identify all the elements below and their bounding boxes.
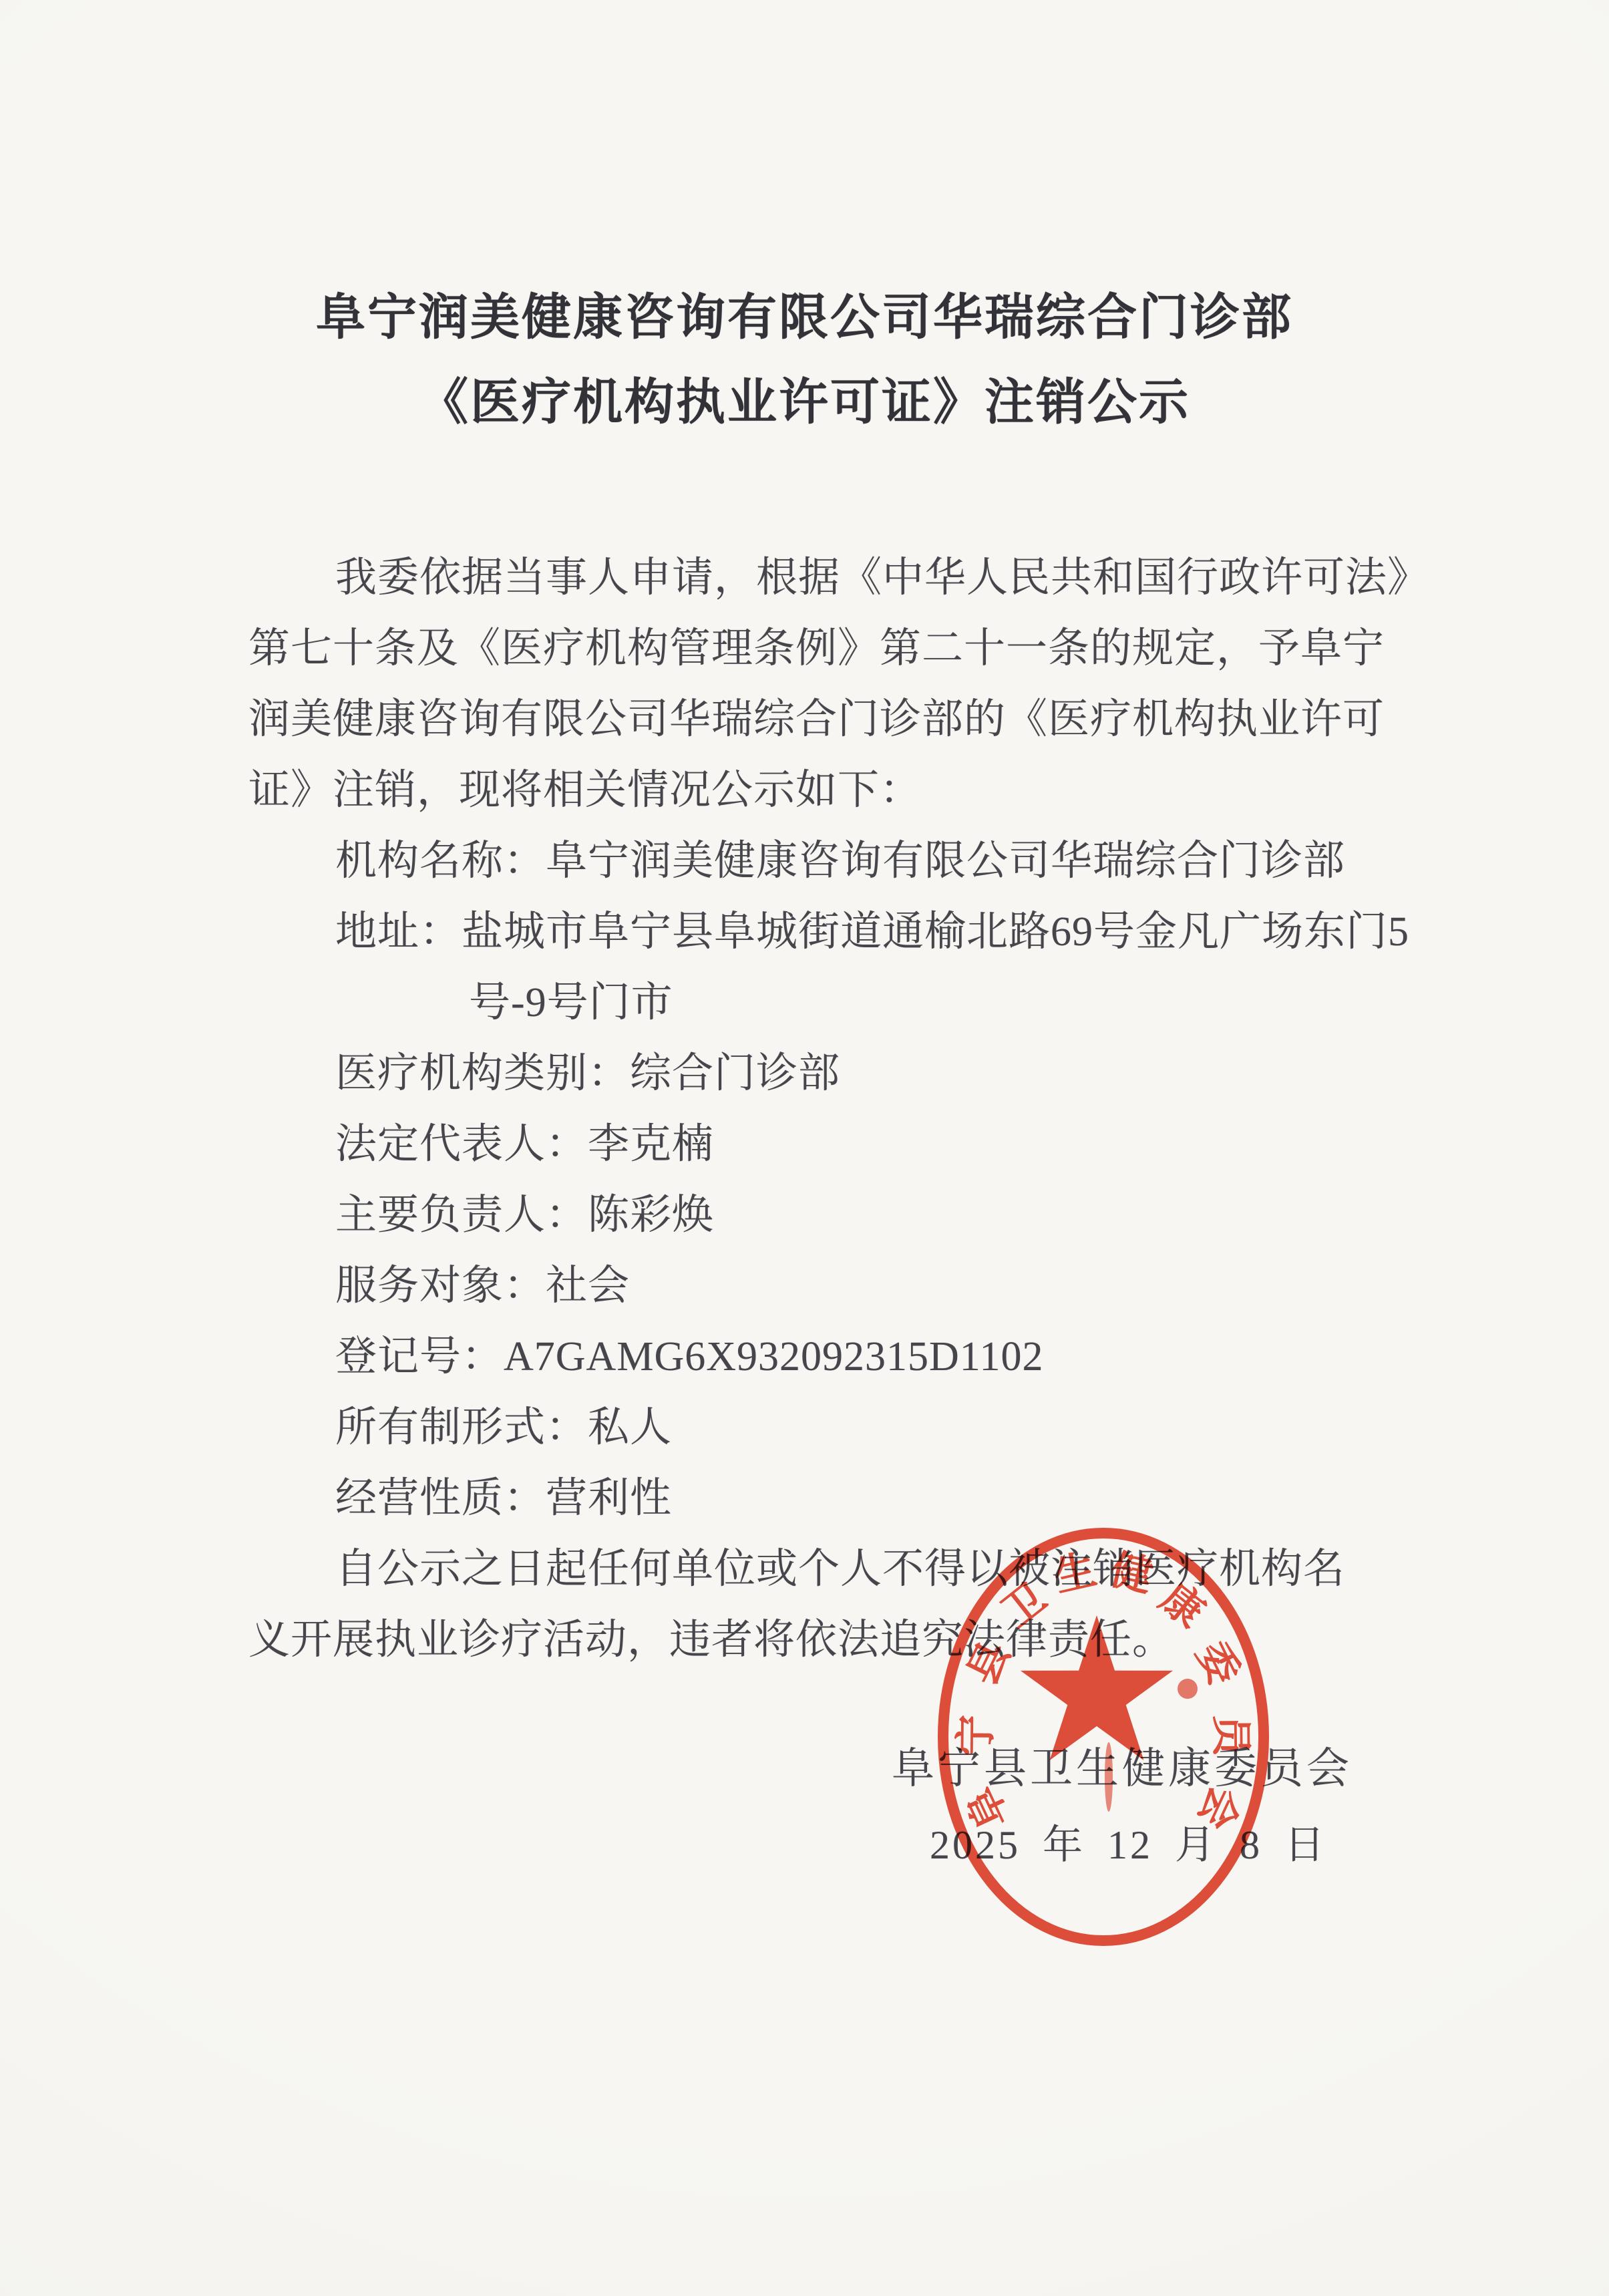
body-line: 我委依据当事人申请，根据《中华人民共和国行政许可法》 xyxy=(248,542,1451,613)
body-line: 地址：盐城市阜宁县阜城街道通榆北路69号金凡广场东门5 xyxy=(248,896,1451,967)
body-line: 证》注销，现将相关情况公示如下： xyxy=(248,755,1451,826)
body-line: 所有制形式：私人 xyxy=(248,1392,1451,1463)
seal-arc-char: 员 xyxy=(1208,1714,1254,1759)
scanned-notice-page: 阜宁润美健康咨询有限公司华瑞综合门诊部 《医疗机构执业许可证》注销公示 我委依据… xyxy=(0,0,1609,2296)
star-icon xyxy=(1021,1615,1173,1760)
seal-ink-drip xyxy=(1105,1742,1113,1812)
body-line: 第七十条及《医疗机构管理条例》第二十一条的规定，予阜宁 xyxy=(248,613,1451,684)
body-line: 服务对象：社会 xyxy=(248,1251,1451,1321)
seal-arc-char: 委 xyxy=(1188,1635,1246,1692)
seal-arc-char: 阜 xyxy=(959,1779,1018,1836)
seal-arc-char: 生 xyxy=(1050,1547,1101,1601)
document-body: 我委依据当事人申请，根据《中华人民共和国行政许可法》第七十条及《医疗机构管理条例… xyxy=(248,542,1451,1675)
document-title-line1: 阜宁润美健康咨询有限公司华瑞综合门诊部 xyxy=(0,287,1609,349)
body-line: 医疗机构类别：综合门诊部 xyxy=(248,1038,1451,1109)
seal-arc-char: 会 xyxy=(1189,1779,1248,1836)
document-title-line2: 《医疗机构执业许可证》注销公示 xyxy=(0,372,1609,434)
body-line: 主要负责人：陈彩焕 xyxy=(248,1180,1451,1251)
seal-arc-char: 健 xyxy=(1106,1546,1157,1601)
body-line: 机构名称：阜宁润美健康咨询有限公司华瑞综合门诊部 xyxy=(248,826,1451,896)
body-line: 润美健康咨询有限公司华瑞综合门诊部的《医疗机构执业许可 xyxy=(248,684,1451,755)
seal-ink-blot xyxy=(1178,1679,1198,1699)
body-line: 号-9号门市 xyxy=(248,967,1451,1038)
body-line: 法定代表人：李克楠 xyxy=(248,1109,1451,1180)
body-line: 登记号：A7GAMG6X932092315D1102 xyxy=(248,1321,1451,1392)
official-seal: 阜宁县卫生健康委员会 xyxy=(930,1522,1277,1953)
seal-arc-char: 县 xyxy=(960,1635,1019,1692)
seal-arc-char: 宁 xyxy=(954,1714,1000,1756)
